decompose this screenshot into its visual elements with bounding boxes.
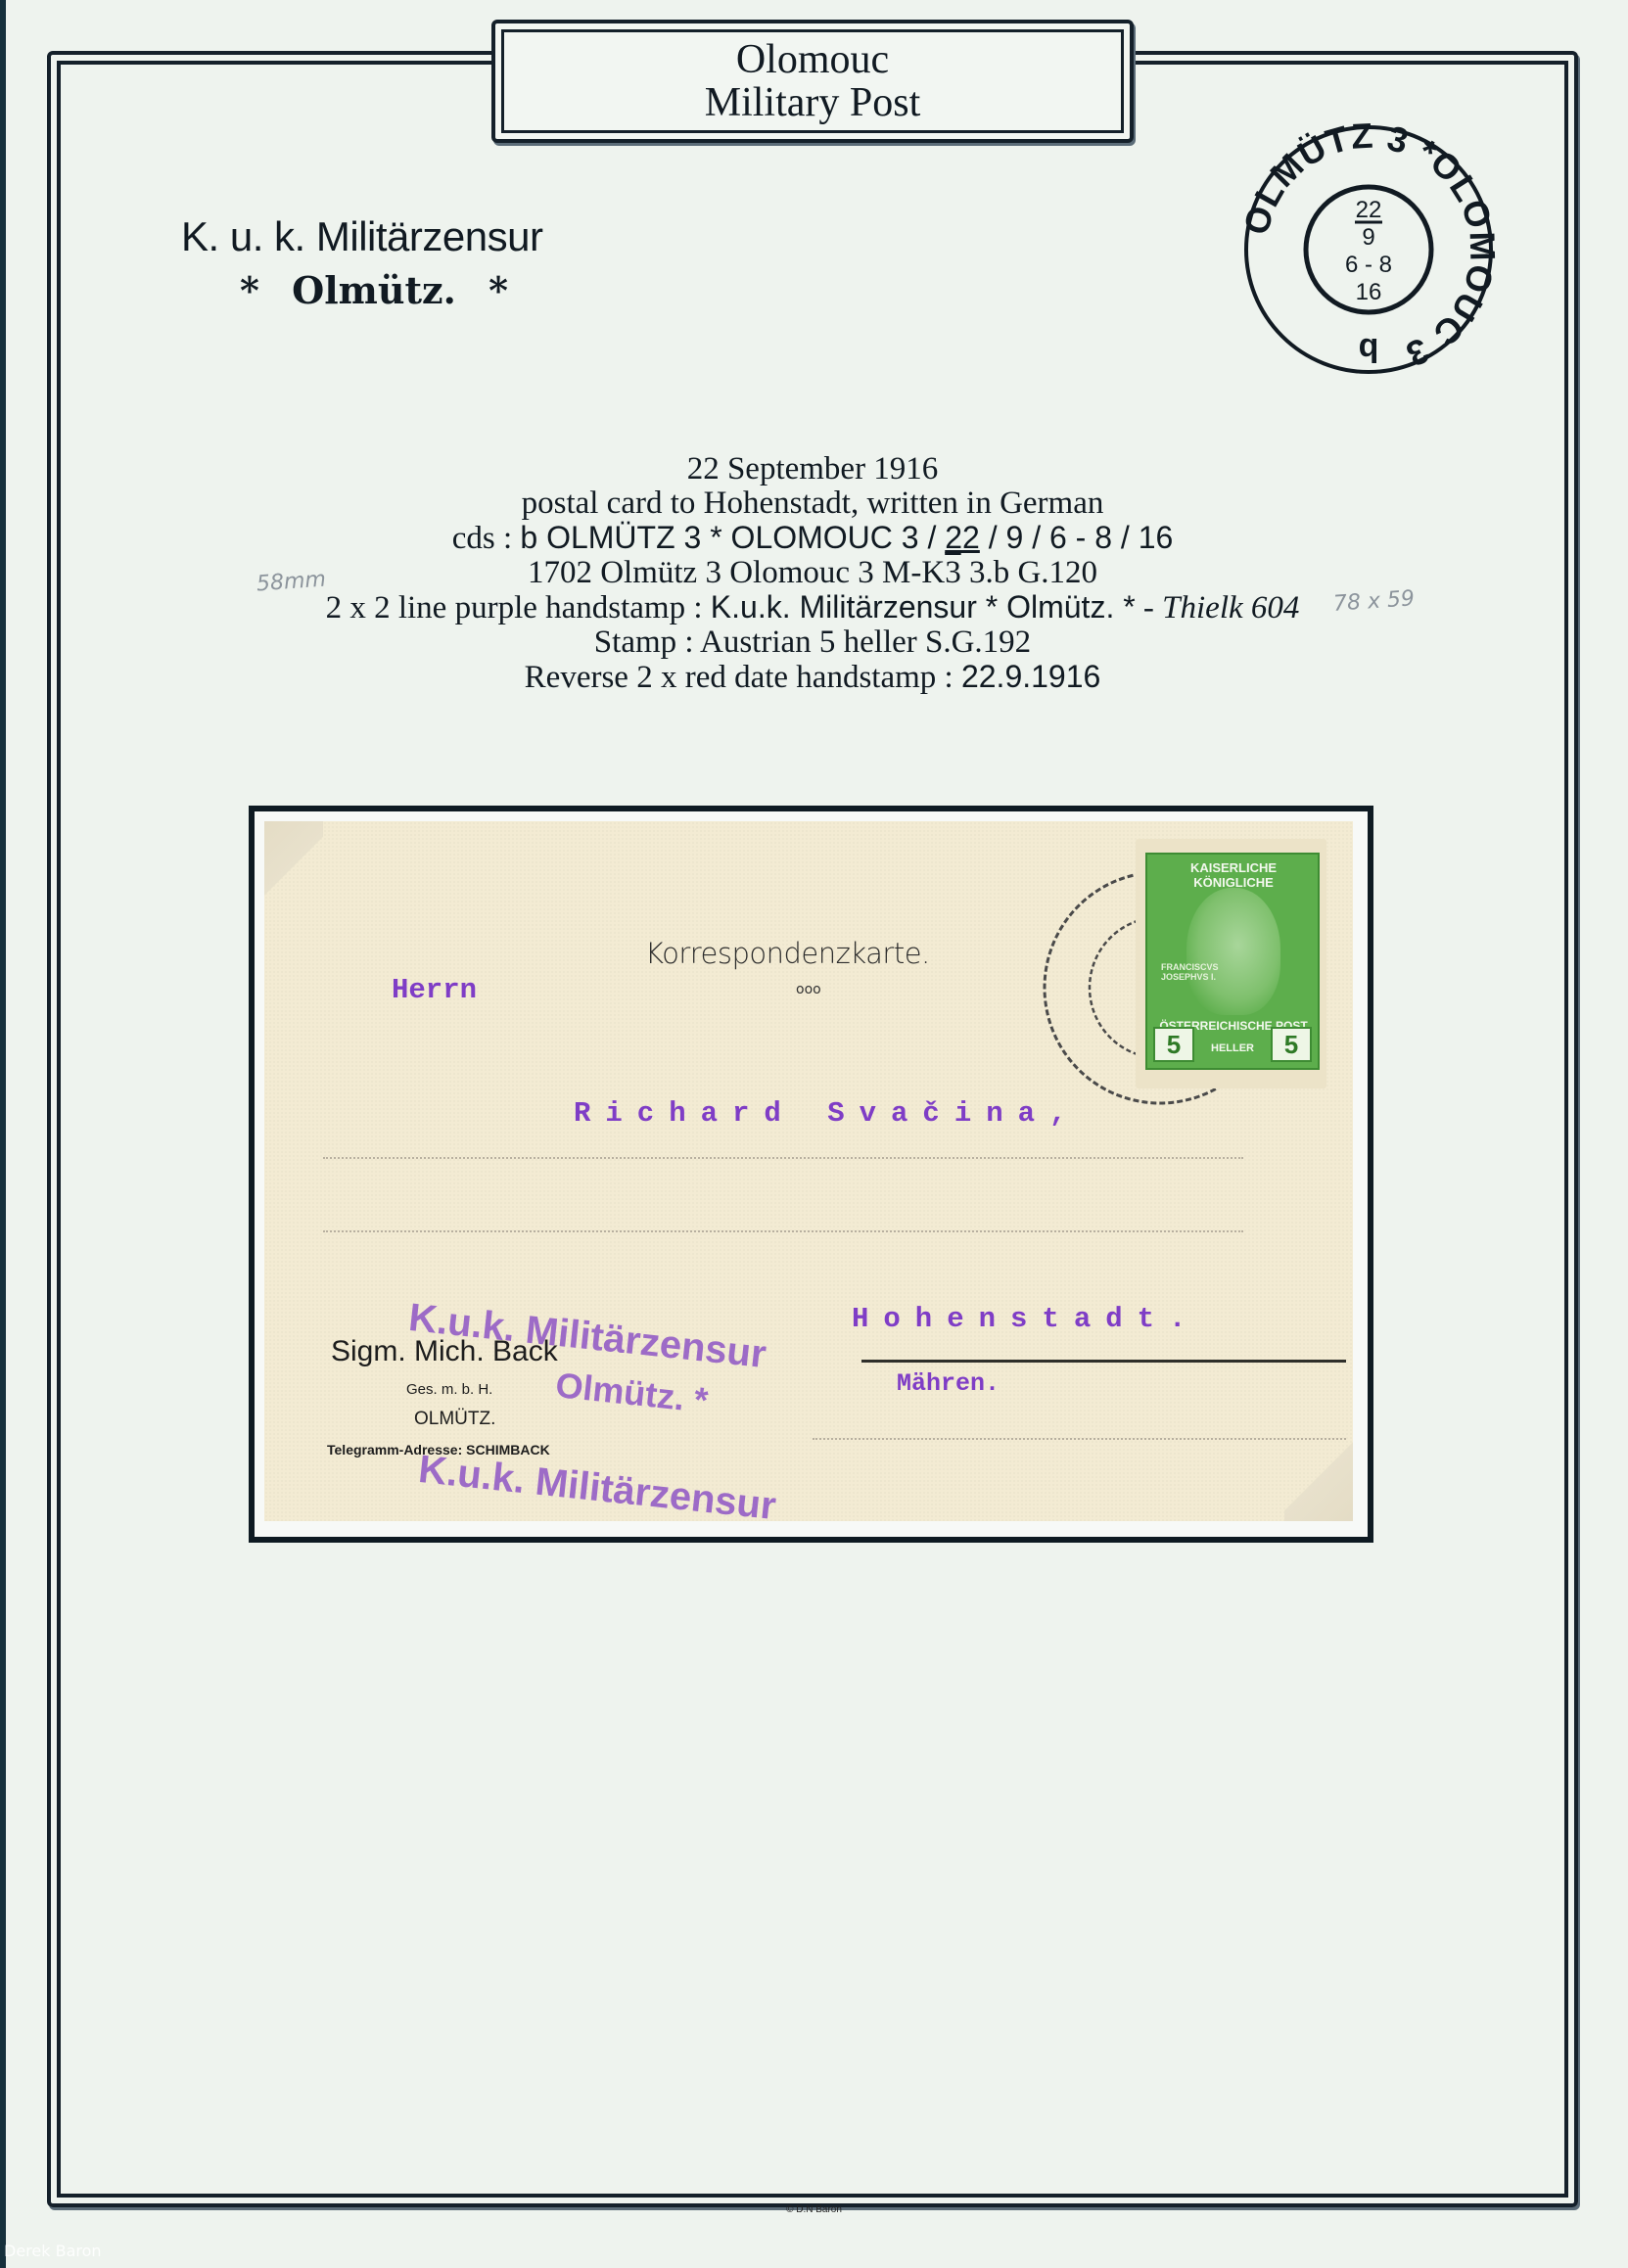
address-line-3 — [813, 1438, 1346, 1440]
page-title: Olomouc — [736, 38, 889, 81]
address-line-1 — [323, 1157, 1243, 1159]
svg-text:9: 9 — [1362, 224, 1374, 251]
postal-card: Korrespondenzkarte. ooo Herrn Richard Sv… — [264, 821, 1353, 1521]
card-ornament: ooo — [796, 982, 821, 997]
recipient-name: Richard Svačina, — [574, 1097, 1081, 1130]
svg-text:16: 16 — [1356, 279, 1382, 305]
censor-handstamp-1-line2: Olmütz. * — [554, 1365, 711, 1421]
description-stamp: Stamp : Austrian 5 heller S.G.192 — [98, 625, 1527, 660]
sender-company: Ges. m. b. H. — [406, 1381, 492, 1398]
censor-handstamp-replica: K. u. k. Militärzensur * Olmütz. * — [181, 213, 631, 312]
censor-replica-line1: K. u. k. Militärzensur — [181, 213, 631, 260]
photo-corner-top-left — [264, 821, 323, 909]
watermark: Derek Baron — [4, 2242, 102, 2260]
recipient-town: Hohenstadt. — [852, 1303, 1200, 1335]
svg-text:6 - 8: 6 - 8 — [1345, 252, 1392, 278]
recipient-region: Mähren. — [897, 1369, 1000, 1398]
description-reverse: Reverse 2 x red date handstamp : 22.9.19… — [98, 660, 1527, 695]
stamp-design: KAISERLICHE KÖNIGLICHE FRANCISCVS JOSEPH… — [1145, 853, 1320, 1070]
copyright: © D.N Baron — [0, 2204, 1628, 2215]
stamp-value-right: 5 — [1271, 1027, 1312, 1062]
svg-text:b: b — [1359, 331, 1379, 368]
postmark-replica: OLMÜTZ 3 *OLOMOUC 3 b 22 9 6 - 8 16 — [1240, 121, 1497, 378]
stamp-portrait-caption: FRANCISCVS JOSEPHVS I. — [1161, 962, 1230, 982]
portrait-icon — [1186, 888, 1280, 1015]
stamp-value-left: 5 — [1153, 1027, 1194, 1062]
description-cds: cds : b OLMÜTZ 3 * OLOMOUC 3 / 22 / 9 / … — [98, 521, 1527, 556]
town-underline — [861, 1360, 1346, 1363]
postal-card-mount: Korrespondenzkarte. ooo Herrn Richard Sv… — [249, 806, 1373, 1543]
svg-text:22: 22 — [1356, 197, 1382, 223]
description-date: 22 September 1916 — [98, 452, 1527, 486]
item-description: 22 September 1916 postal card to Hohenst… — [98, 452, 1527, 695]
scan-edge — [0, 0, 6, 2268]
description-catalogue: 1702 Olmütz 3 Olomouc 3 M-K3 3.b G.120 — [98, 556, 1527, 590]
photo-corner-bottom-right — [1284, 1433, 1353, 1521]
page-title-box: Olomouc Military Post — [491, 20, 1134, 143]
page-subtitle: Military Post — [705, 81, 921, 124]
stamp-denomination: HELLER — [1208, 1042, 1257, 1054]
stamp-top-text: KAISERLICHE KÖNIGLICHE — [1155, 860, 1312, 890]
censor-replica-line2: * Olmütz. * — [181, 268, 631, 312]
salutation: Herrn — [392, 974, 477, 1006]
address-line-2 — [323, 1230, 1243, 1232]
description-card-type: postal card to Hohenstadt, written in Ge… — [98, 486, 1527, 521]
card-title: Korrespondenzkarte. — [645, 937, 930, 970]
sender-town: OLMÜTZ. — [414, 1409, 495, 1430]
description-handstamp: 2 x 2 line purple handstamp : K.u.k. Mil… — [98, 590, 1527, 625]
postage-stamp: KAISERLICHE KÖNIGLICHE FRANCISCVS JOSEPH… — [1136, 839, 1326, 1088]
censor-handstamp-2-line1: K.u.k. Militärzensur — [416, 1448, 777, 1529]
